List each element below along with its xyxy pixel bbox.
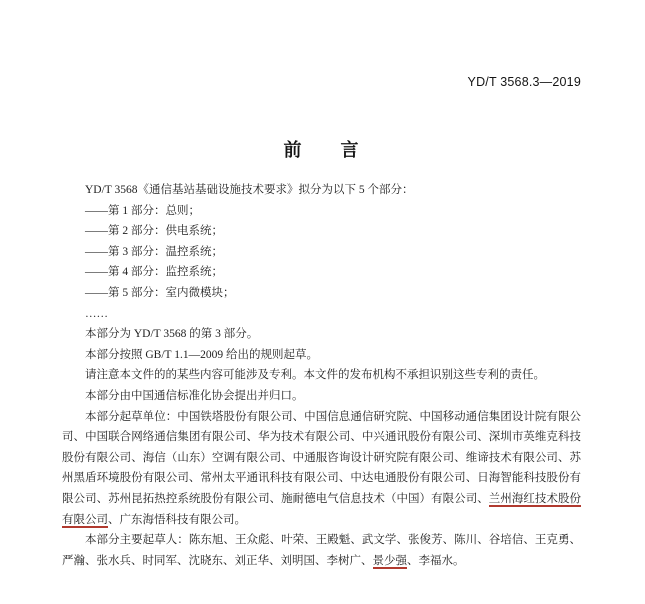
red-underlined-text: 景少强 (373, 555, 408, 569)
document-page: YD/T 3568.3—2019 前 言 YD/T 3568《通信基站基础设施技… (0, 0, 645, 604)
paragraph-text: 本部分为 YD/T 3568 的第 3 部分。 (85, 328, 258, 340)
paragraph-text: 、广东海悟科技有限公司。 (108, 514, 246, 526)
paragraph-text: …… (85, 308, 108, 320)
part-list-item-4: ——第 4 部分：监控系统； (62, 262, 581, 283)
standard-code-header: YD/T 3568.3—2019 (468, 75, 581, 89)
paragraph-text: 本部分主要起草人：陈东旭、王众彪、叶荣、王殿魁、武文学、张俊芳、陈川、谷培信、王… (62, 534, 581, 567)
patent-notice-paragraph: 请注意本文件的的某些内容可能涉及专利。本文件的发布机构不承担识别这些专利的责任。 (62, 365, 581, 386)
current-part-paragraph: 本部分为 YD/T 3568 的第 3 部分。 (62, 324, 581, 345)
proposing-body-paragraph: 本部分由中国通信标准化协会提出并归口。 (62, 386, 581, 407)
paragraph-text: 、李福水。 (407, 555, 465, 567)
part-list-item-2: ——第 2 部分：供电系统； (62, 221, 581, 242)
paragraph-text: 本部分起草单位：中国铁塔股份有限公司、中国信息通信研究院、中国移动通信集团设计院… (62, 411, 581, 505)
foreword-title: 前 言 (62, 136, 581, 162)
drafting-organizations-paragraph: 本部分起草单位：中国铁塔股份有限公司、中国信息通信研究院、中国移动通信集团设计院… (62, 407, 581, 531)
paragraph-text: 本部分按照 GB/T 1.1—2009 给出的规则起草。 (85, 349, 318, 361)
paragraph-text: ——第 2 部分：供电系统； (85, 225, 223, 237)
ellipsis-line: …… (62, 304, 581, 325)
drafting-rule-paragraph: 本部分按照 GB/T 1.1—2009 给出的规则起草。 (62, 345, 581, 366)
part-list-item-3: ——第 3 部分：温控系统； (62, 242, 581, 263)
main-drafters-paragraph: 本部分主要起草人：陈东旭、王众彪、叶荣、王殿魁、武文学、张俊芳、陈川、谷培信、王… (62, 530, 581, 571)
paragraph-text: ——第 5 部分：室内微模块； (85, 287, 235, 299)
part-list-item-1: ——第 1 部分：总则； (62, 201, 581, 222)
paragraph-text: ——第 4 部分：监控系统； (85, 266, 223, 278)
paragraph-text: ——第 1 部分：总则； (85, 205, 200, 217)
intro-paragraph: YD/T 3568《通信基站基础设施技术要求》拟分为以下 5 个部分： (62, 180, 581, 201)
paragraph-text: 本部分由中国通信标准化协会提出并归口。 (85, 390, 304, 402)
part-list-item-5: ——第 5 部分：室内微模块； (62, 283, 581, 304)
paragraph-text: 请注意本文件的的某些内容可能涉及专利。本文件的发布机构不承担识别这些专利的责任。 (85, 369, 545, 381)
document-body: YD/T 3568《通信基站基础设施技术要求》拟分为以下 5 个部分：——第 1… (62, 180, 581, 571)
paragraph-text: YD/T 3568《通信基站基础设施技术要求》拟分为以下 5 个部分： (85, 184, 414, 196)
paragraph-text: ——第 3 部分：温控系统； (85, 246, 223, 258)
